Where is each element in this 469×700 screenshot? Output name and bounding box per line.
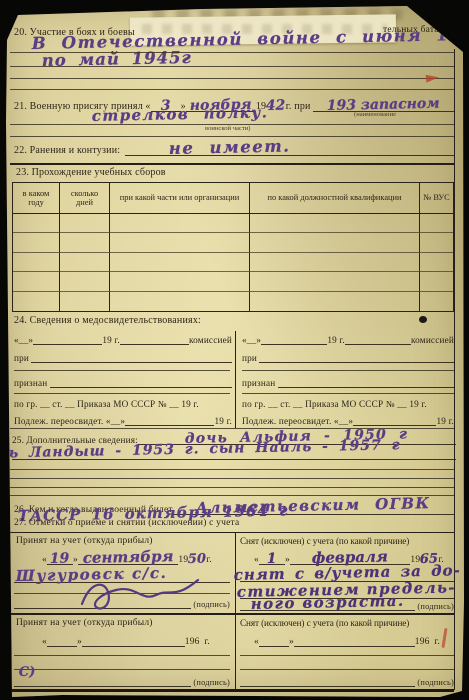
- med-reexam-label: Подлеж. переосвидет. «__»: [242, 416, 353, 426]
- med-right-reexam-line: Подлеж. переосвидет. «__» 19 г.: [242, 413, 454, 426]
- item27-number: 27.: [14, 518, 26, 528]
- item23-title-line: 23. Прохождение учебных сборов: [16, 167, 166, 178]
- table-cell-empty: [420, 292, 453, 311]
- table-cell-empty: [110, 233, 250, 252]
- table-cell-empty: [250, 272, 420, 291]
- accepted2-label: Принят на учет (откуда прибыл): [16, 618, 153, 628]
- table-cell-empty: [13, 272, 60, 291]
- med-commission-blank: [120, 344, 189, 345]
- registration-box-top: [10, 532, 454, 533]
- ruled-line: [10, 52, 454, 53]
- med-right-at-line: при: [242, 350, 454, 363]
- accepted2-signature-line: (подпись): [14, 674, 230, 687]
- med-left-recognized-line: признан: [14, 375, 232, 388]
- item22-line: 22. Ранения и контузии: не имеет.: [14, 140, 454, 156]
- accepted1-day-blank: 19: [47, 551, 73, 565]
- med-year-label: 19 г.: [327, 335, 345, 345]
- ruled-line: [10, 89, 454, 90]
- table-cell-empty: [110, 253, 250, 272]
- table-header-qualification: по какой должностной квалификации: [250, 183, 420, 214]
- med-commission-label: комиссией: [411, 335, 454, 345]
- ruled-line: [14, 669, 230, 670]
- med-left-at-line: при: [14, 350, 232, 363]
- med-column-divider: [235, 331, 236, 428]
- item25-blank2: дочь Ландыш - 1953 г. сын Наиль - 1957 г: [12, 446, 456, 460]
- removed2-month-blank: [294, 646, 415, 647]
- table-cell-empty: [250, 214, 420, 233]
- table-cell-empty: [13, 253, 60, 272]
- item27-text: Отметки о приеме и снятии (исключении) с…: [29, 518, 240, 528]
- item27-line: 27. Отметки о приеме и снятии (исключени…: [14, 518, 239, 528]
- oath-year-handwriting: 42: [266, 98, 286, 114]
- ruled-line: [10, 478, 454, 479]
- removed1-reason3-blank: ного возраста.: [240, 595, 415, 611]
- red-pencil-mark: [441, 628, 447, 648]
- wounds-handwriting: не имеет.: [168, 136, 290, 158]
- table-cell-empty: [110, 272, 250, 291]
- table-cell-empty: [420, 233, 453, 252]
- med-date-quote: «__»: [242, 335, 261, 345]
- registration-column-divider: [235, 532, 236, 689]
- removed2-date-line: « » 196 г.: [254, 633, 440, 647]
- removed2-day-blank: [259, 646, 289, 647]
- table-cell-empty: [13, 233, 60, 252]
- red-pencil-arrow: [426, 73, 440, 82]
- table-cell-empty: [420, 214, 453, 233]
- year-label: 196: [415, 637, 430, 647]
- accepted2-date-line: « » 196 г.: [42, 633, 210, 647]
- signature-label: (подпись): [193, 678, 230, 687]
- training-camps-table: в каком году сколько дней при какой част…: [12, 182, 454, 312]
- item22-text: Ранения и контузии:: [30, 145, 121, 156]
- table-cell-empty: [250, 253, 420, 272]
- table-cell-empty: [420, 253, 453, 272]
- registration-box-bottom: [10, 689, 454, 692]
- med-date-blank: [33, 344, 102, 345]
- med-reexam-year: 19 г.: [436, 416, 454, 426]
- med-right-order-line: по гр. __ ст. __ Приказа МО СССР № __ 19…: [242, 399, 427, 409]
- item21-number: 21.: [14, 101, 27, 112]
- med-at-blank: [259, 362, 454, 363]
- removed1-label: Снят (исключен) с учета (по какой причин…: [240, 536, 409, 546]
- item25-number: 25.: [12, 435, 24, 445]
- item21-sublabel-voinskoy-chasti: воинской части): [205, 125, 250, 132]
- med-at-blank: [31, 362, 232, 363]
- item23-text: Прохождение учебных сборов: [32, 167, 166, 178]
- ruled-line: [10, 487, 454, 488]
- table-header-days: сколько дней: [60, 183, 110, 214]
- table-cell-empty: [13, 214, 60, 233]
- accepted1-date-line: « 19 » сентября 1950г.: [42, 550, 212, 565]
- med-right-recognized-line: признан: [242, 375, 454, 388]
- item21-sublabel-naimenovanie: (наименование: [354, 111, 396, 118]
- med-order-label: по гр. __ ст. __ Приказа МО СССР № __ 19…: [14, 399, 199, 409]
- year-suffix: г.: [434, 637, 440, 647]
- signature-label: (подпись): [417, 602, 454, 611]
- section-divider-thick: [10, 163, 454, 165]
- item22-number: 22.: [14, 145, 27, 156]
- med-left-order-line: по гр. __ ст. __ Приказа МО СССР № __ 19…: [14, 399, 199, 409]
- ruled-line: [240, 669, 454, 670]
- med-reexam-blank: [125, 425, 214, 426]
- oath-unit-blank: 193 запасном: [313, 98, 454, 112]
- accepted2-month-blank: [82, 646, 185, 647]
- table-header-vus: № ВУС: [420, 183, 453, 214]
- item20-number: 20.: [14, 27, 27, 38]
- accepted1-month-blank: сентября: [78, 549, 178, 565]
- accepted2-day-blank: [47, 646, 77, 647]
- removed2-signature-blank: [240, 686, 415, 687]
- ruled-line: [14, 655, 230, 656]
- med-year-label: 19 г.: [102, 335, 120, 345]
- med-order-label: по гр. __ ст. __ Приказа МО СССР № __ 19…: [242, 399, 427, 409]
- item24-text: Сведения о медосвидетельствованиях:: [30, 315, 201, 326]
- med-commission-label: комиссией: [189, 335, 232, 345]
- item24-number: 24.: [14, 315, 27, 326]
- table-cell-empty: [250, 233, 420, 252]
- med-reexam-label: Подлеж. переосвидет. «__»: [14, 416, 125, 426]
- med-at-label: при: [14, 353, 29, 363]
- accepted2-signature-blank: [14, 686, 191, 687]
- ruled-line: [240, 655, 454, 656]
- med-reexam-year: 19 г.: [214, 416, 232, 426]
- med-recognized-label: признан: [242, 378, 275, 388]
- table-cell-empty: [60, 214, 110, 233]
- oath-year-suffix: г. при: [286, 101, 311, 112]
- table-cell-empty: [250, 292, 420, 311]
- table-cell-empty: [60, 233, 110, 252]
- removed2-signature-line: (подпись): [240, 674, 454, 687]
- med-recognized-label: признан: [14, 378, 47, 388]
- med-right-date-line: «__» 19 г. комиссией: [242, 332, 454, 345]
- item25-line2: дочь Ландыш - 1953 г. сын Наиль - 1957 г: [12, 445, 456, 460]
- table-cell-empty: [60, 253, 110, 272]
- med-recognized-blank: [50, 387, 232, 388]
- removed1-day-blank: 1: [259, 551, 285, 565]
- table-cell-empty: [110, 292, 250, 311]
- ruled-line: [10, 66, 454, 67]
- removed1-reason3-handwriting: ного возраста.: [250, 592, 404, 613]
- item23-number: 23.: [16, 167, 29, 178]
- signature-squiggle: [74, 572, 204, 614]
- ruled-line: [242, 370, 454, 371]
- table-header-year: в каком году: [13, 183, 60, 214]
- med-at-label: при: [242, 353, 257, 363]
- ruled-line: [14, 370, 230, 371]
- removed2-label: Снят (исключен) с учета (по какой причин…: [240, 618, 409, 628]
- ruled-line: [14, 393, 230, 394]
- med-date-quote: «__»: [14, 335, 33, 345]
- year-label: 196: [185, 637, 200, 647]
- wounds-blank: не имеет.: [125, 139, 454, 156]
- table-cell-empty: [60, 272, 110, 291]
- table-cell-empty: [60, 292, 110, 311]
- ruled-line: [10, 78, 454, 79]
- removed1-reason-line3: ного возраста. (подпись): [240, 597, 454, 611]
- table-cell-empty: [420, 272, 453, 291]
- oath-unit2-handwriting: стрелков полку.: [92, 103, 269, 125]
- accepted1-label: Принят на учет (откуда прибыл): [16, 536, 153, 546]
- med-date-blank: [261, 344, 327, 345]
- med-recognized-blank: [278, 387, 454, 388]
- med-left-date-line: «__» 19 г. комиссией: [14, 332, 232, 345]
- punched-dot: [419, 316, 427, 323]
- table-cell-empty: [110, 214, 250, 233]
- signature-label: (подпись): [417, 678, 454, 687]
- ruled-line: [10, 469, 454, 470]
- table-header-unit: при какой части или организации: [110, 183, 250, 214]
- med-left-reexam-line: Подлеж. переосвидет. «__» 19 г.: [14, 413, 232, 426]
- document-page: 20. Участие в боях и боевы тельных батал…: [2, 2, 465, 698]
- item24-title-line: 24. Сведения о медосвидетельствованиях:: [14, 315, 201, 326]
- year-suffix: г.: [204, 637, 210, 647]
- ruled-line: [242, 393, 454, 394]
- med-commission-blank: [345, 344, 411, 345]
- table-cell-empty: [13, 292, 60, 311]
